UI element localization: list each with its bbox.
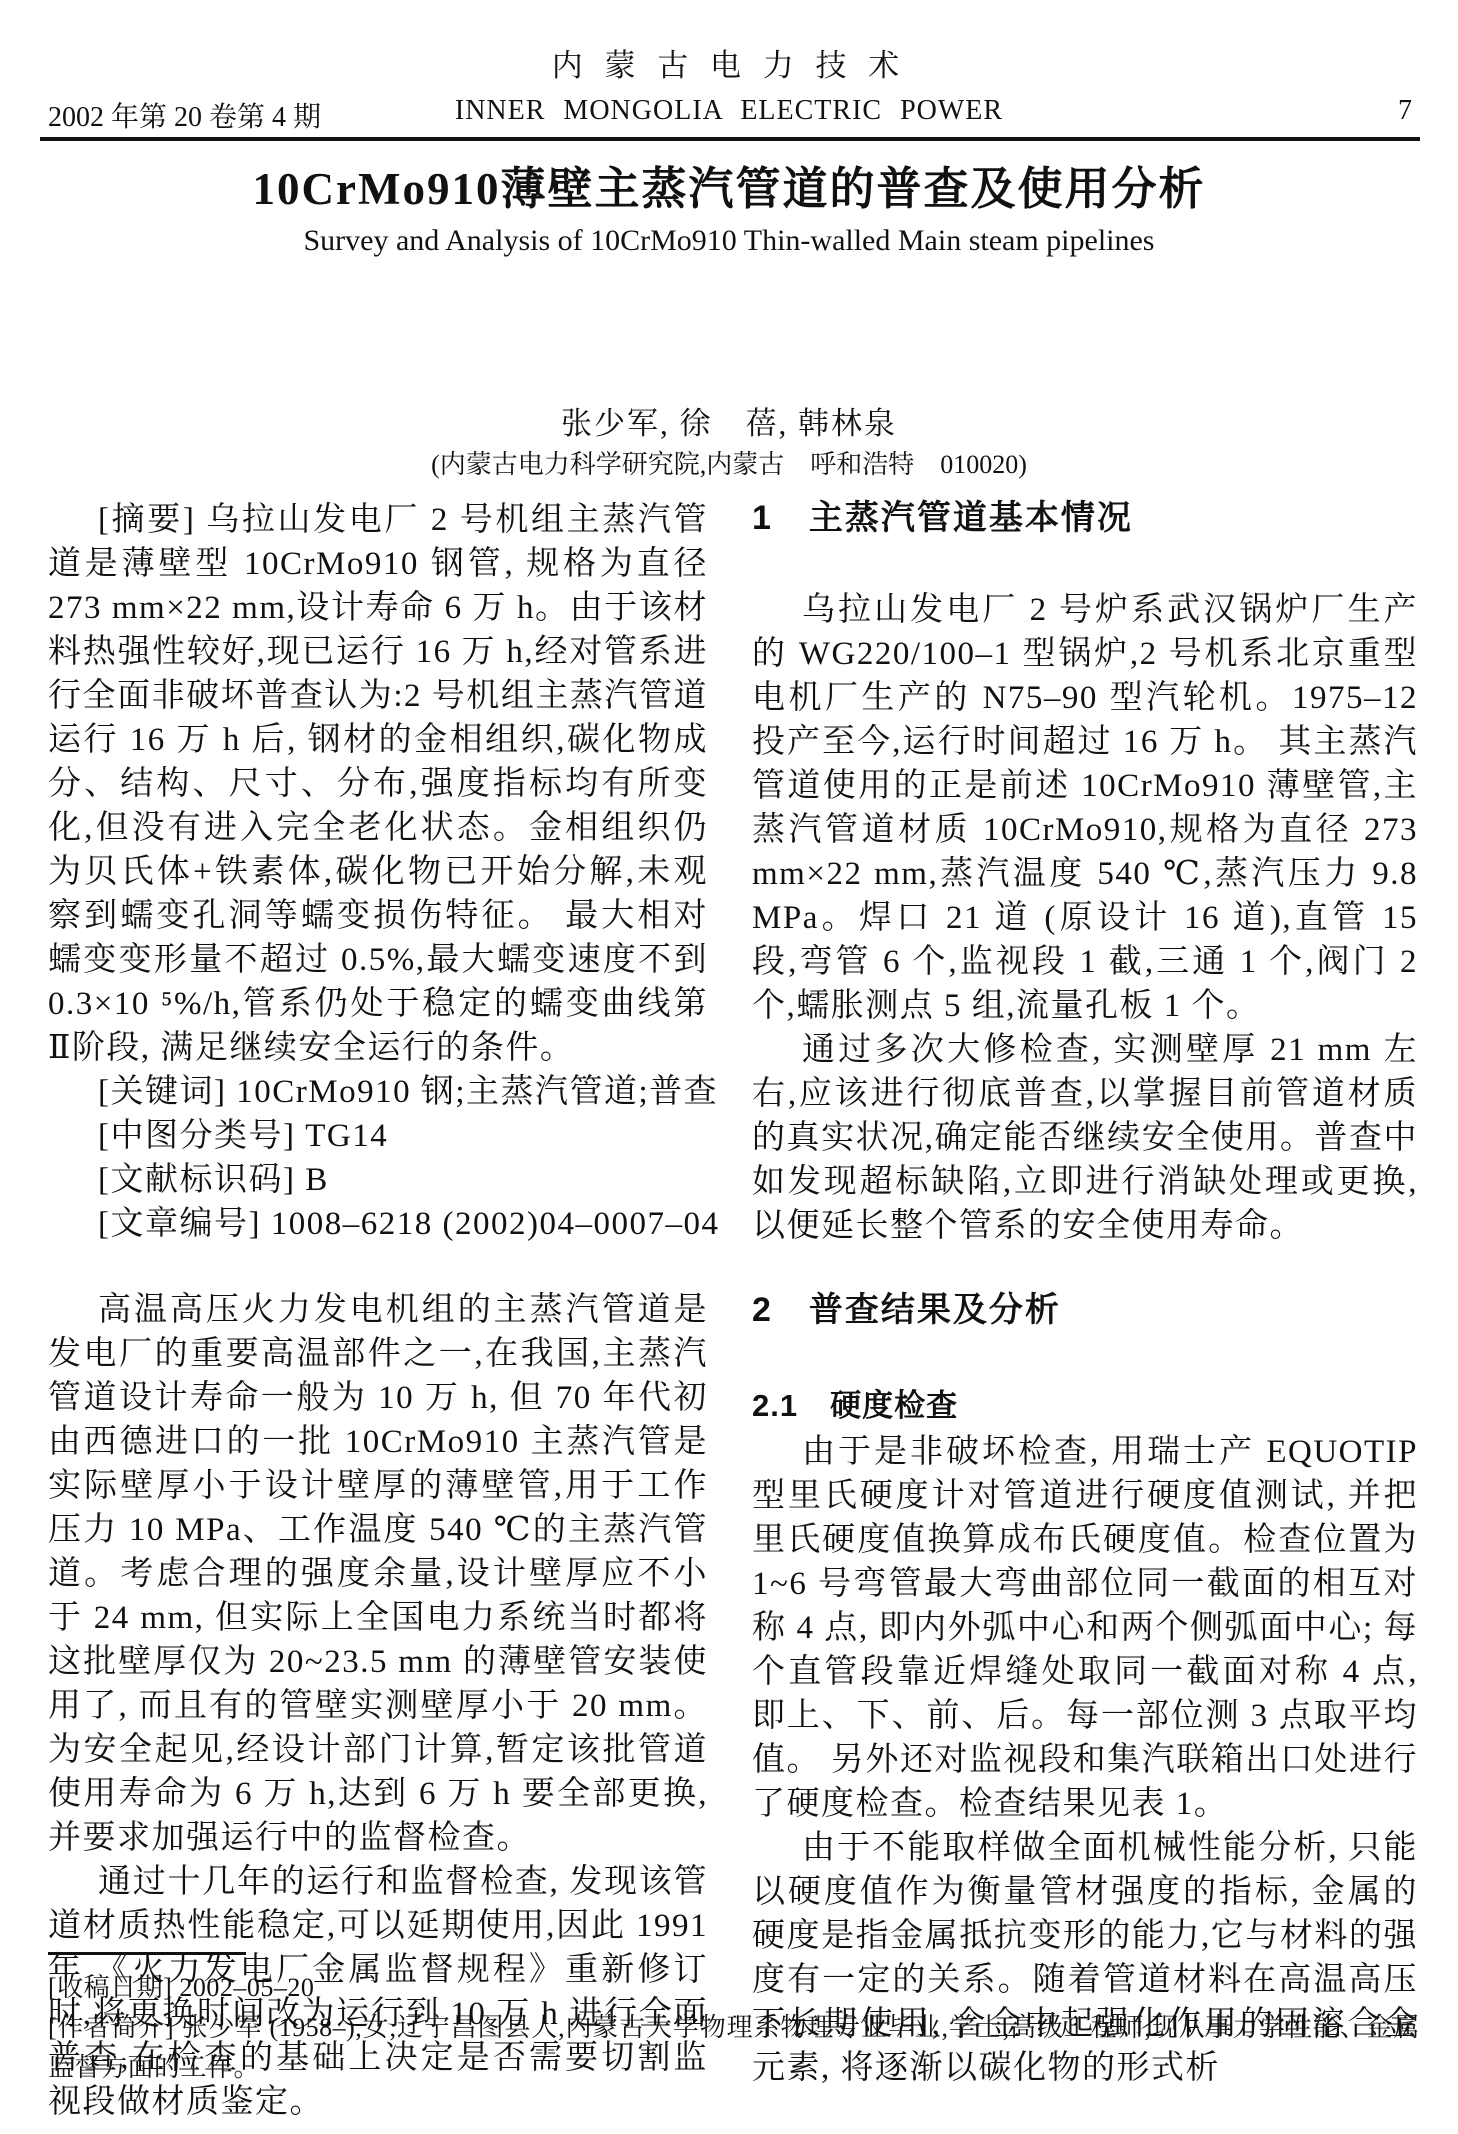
abstract-paragraph: [摘要] 乌拉山发电厂 2 号机组主蒸汽管道是薄壁型 10CrMo910 钢管,…: [48, 498, 708, 1070]
article-title-en: Survey and Analysis of 10CrMo910 Thin-wa…: [0, 224, 1458, 258]
section-1-paragraph-2: 通过多次大修检查, 实测壁厚 21 mm 左右,应该进行彻底普查,以掌握目前管道…: [752, 1028, 1418, 1248]
left-column: [摘要] 乌拉山发电厂 2 号机组主蒸汽管道是薄壁型 10CrMo910 钢管,…: [48, 498, 708, 2124]
article-id-line: [文章编号] 1008–6218 (2002)04–0007–04: [48, 1202, 708, 1246]
page-number: 7: [1398, 95, 1412, 127]
section-1-paragraph-1: 乌拉山发电厂 2 号炉系武汉锅炉厂生产的 WG220/100–1 型锅炉,2 号…: [752, 588, 1418, 1028]
affiliation-line: (内蒙古电力科学研究院,内蒙古 呼和浩特 010020): [0, 444, 1458, 481]
keywords-line: [关键词] 10CrMo910 钢;主蒸汽管道;普查: [48, 1070, 708, 1114]
journal-title-cn: 内 蒙 古 电 力 技 术: [0, 40, 1458, 85]
clc-number-line: [中图分类号] TG14: [48, 1114, 708, 1158]
section-2-heading: 2 普查结果及分析: [752, 1288, 1418, 1332]
footnote-rule: [48, 1952, 246, 1955]
article-title-cn: 10CrMo910薄壁主蒸汽管道的普查及使用分析: [0, 152, 1458, 217]
intro-paragraph-1: 高温高压火力发电机组的主蒸汽管道是发电厂的重要高温部件之一,在我国,主蒸汽管道设…: [48, 1288, 708, 1860]
section-2-1-paragraph-1: 由于是非破坏检查, 用瑞士产 EQUOTIP 型里氏硬度计对管道进行硬度值测试,…: [752, 1430, 1418, 1826]
header-rule: [40, 137, 1420, 141]
journal-page: 内 蒙 古 电 力 技 术 2002 年第 20 卷第 4 期 INNER MO…: [0, 0, 1458, 2134]
received-date-line: [收稿日期] 2002–05–20: [48, 1968, 1420, 2008]
section-2-1-heading: 2.1 硬度检查: [752, 1384, 1418, 1428]
right-column: 1 主蒸汽管道基本情况 乌拉山发电厂 2 号炉系武汉锅炉厂生产的 WG220/1…: [752, 496, 1418, 2090]
author-bio-line: [作者简介] 张少军 (1958–),女,辽宁昌图县人,内蒙古大学物理系物理专业…: [48, 2008, 1420, 2088]
footnote-block: [收稿日期] 2002–05–20 [作者简介] 张少军 (1958–),女,辽…: [48, 1968, 1420, 2088]
section-1-heading: 1 主蒸汽管道基本情况: [752, 496, 1418, 540]
authors-line: 张少军, 徐 蓓, 韩林泉: [0, 398, 1458, 443]
document-code-line: [文献标识码] B: [48, 1158, 708, 1202]
journal-title-en: INNER MONGOLIA ELECTRIC POWER: [0, 95, 1458, 127]
